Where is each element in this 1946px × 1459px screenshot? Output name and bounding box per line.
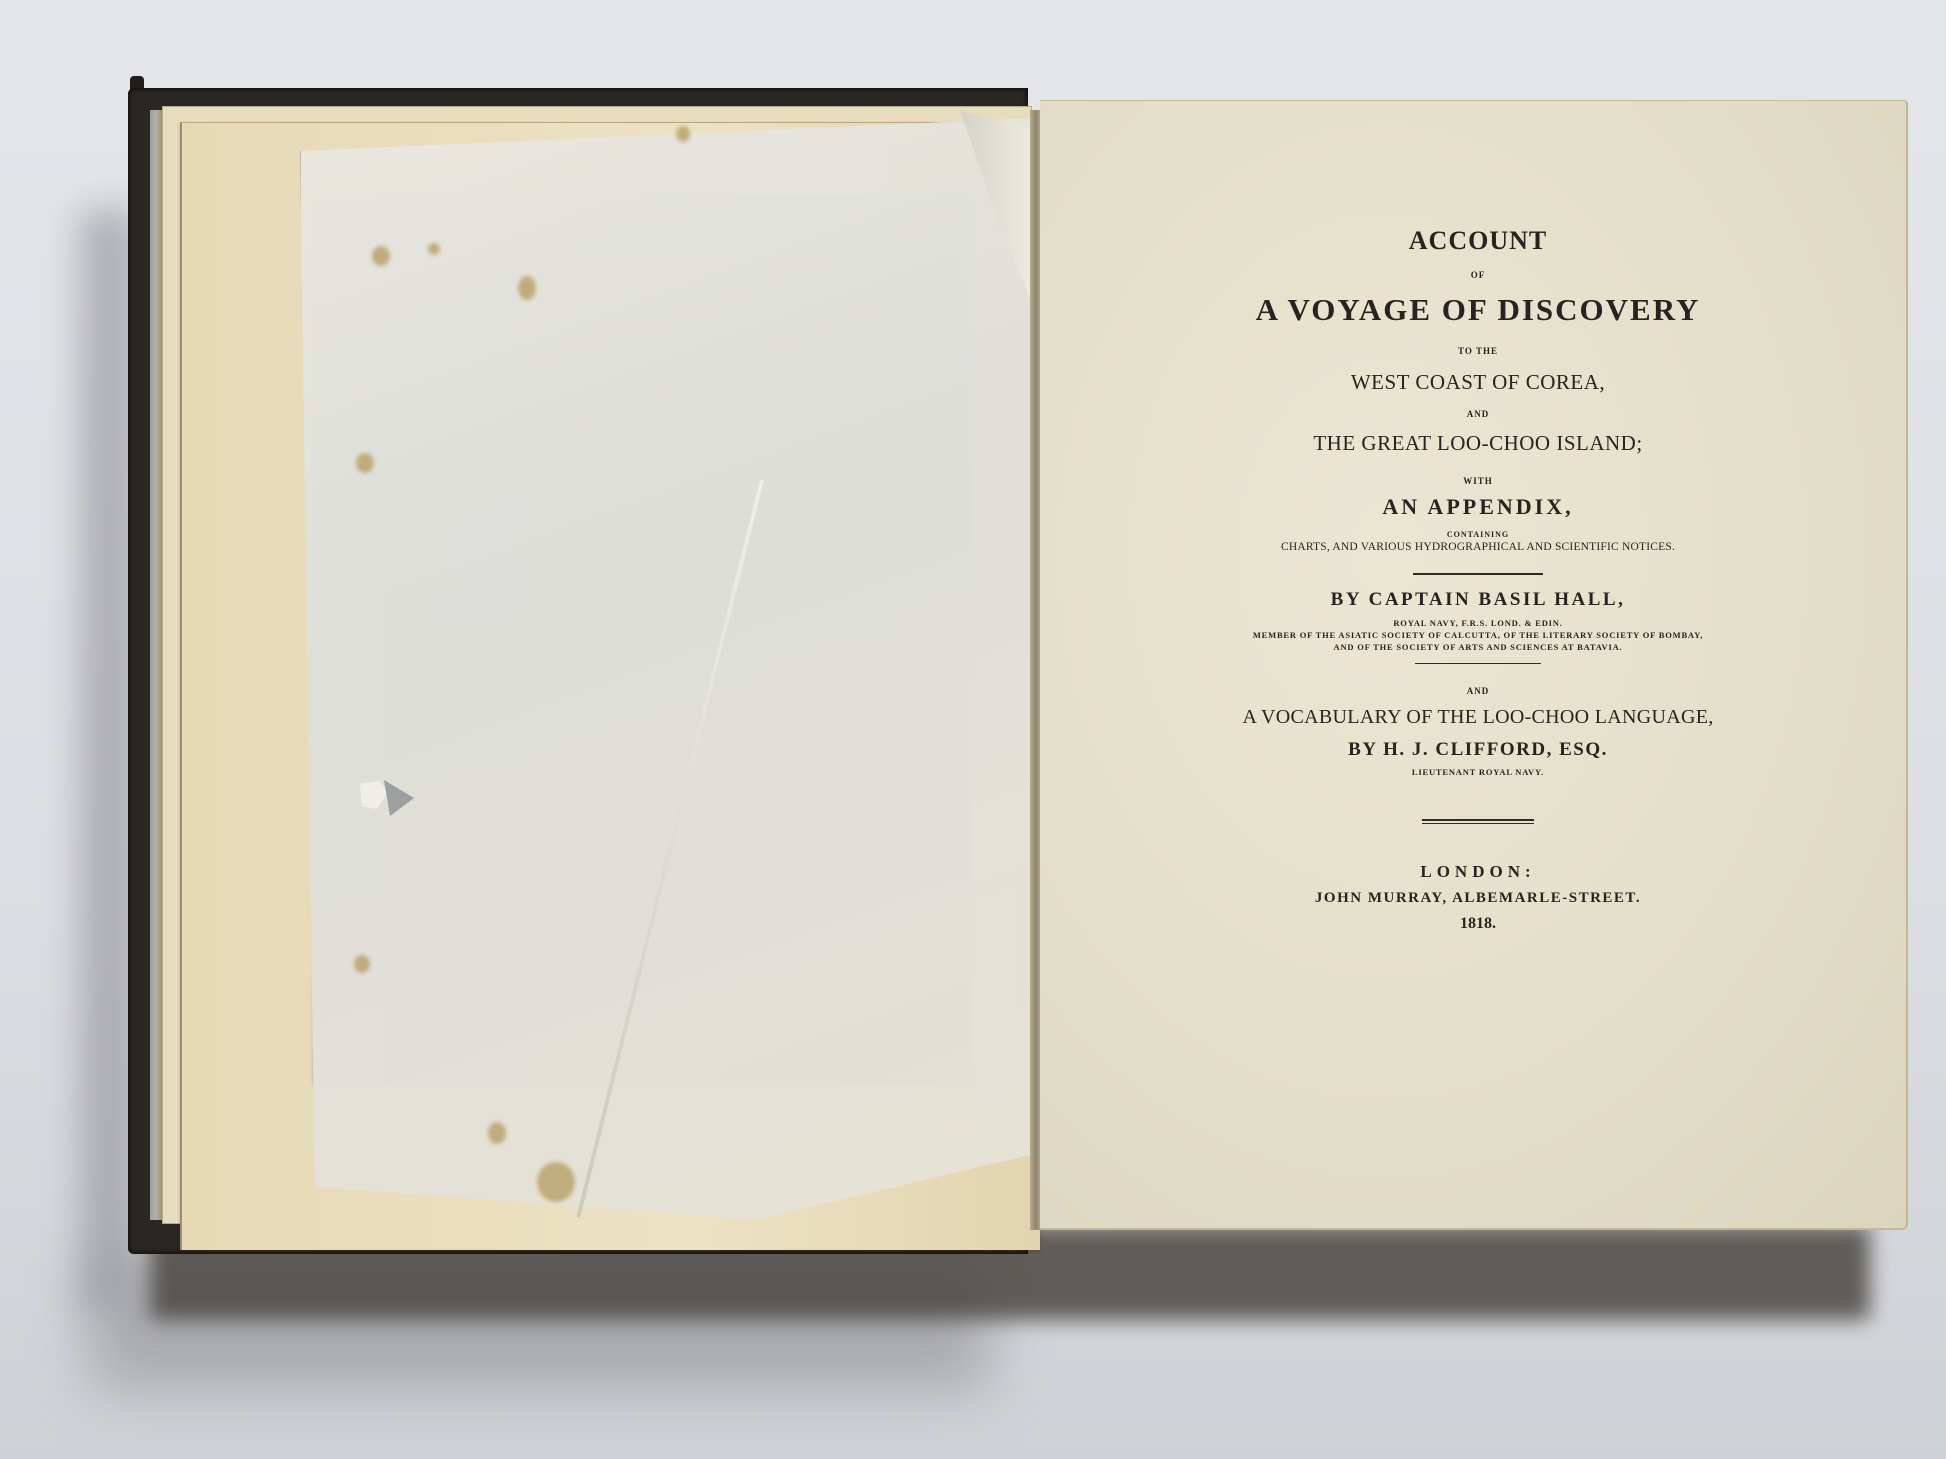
foxing-spot: [488, 1122, 506, 1144]
title-appendix: AN APPENDIX,: [1088, 494, 1868, 520]
tissue-guard[interactable]: [300, 118, 1035, 1220]
title-main: A VOYAGE OF DISCOVERY: [1088, 292, 1868, 328]
foxing-spot: [354, 955, 370, 973]
marbled-endpaper-edge: [150, 110, 162, 1220]
imprint-year: 1818.: [1088, 915, 1868, 933]
title-and: AND: [1088, 686, 1868, 696]
author-qualification: AND OF THE SOCIETY OF ARTS AND SCIENCES …: [1088, 641, 1868, 653]
title-of: OF: [1088, 270, 1868, 280]
foxing-spot: [676, 126, 690, 142]
foxing-spot: [356, 453, 374, 473]
vocabulary-line: A VOCABULARY OF THE LOO-CHOO LANGUAGE,: [1088, 706, 1868, 729]
title-account: ACCOUNT: [1088, 226, 1868, 256]
author-qualification: ROYAL NAVY, F.R.S. LOND. & EDIN.: [1088, 617, 1868, 629]
foxing-spot: [518, 276, 536, 300]
imprint-city: LONDON:: [1088, 862, 1868, 882]
author-qualification: MEMBER OF THE ASIATIC SOCIETY OF CALCUTT…: [1088, 629, 1868, 641]
title-with: WITH: [1088, 476, 1868, 486]
co-author-line: BY H. J. CLIFFORD, ESQ.: [1088, 739, 1868, 761]
foxing-spot: [428, 243, 440, 255]
title-place-loochoo: THE GREAT LOO-CHOO ISLAND;: [1088, 431, 1868, 456]
title-containing: CONTAINING: [1088, 530, 1868, 539]
title-page-text: ACCOUNT OF A VOYAGE OF DISCOVERY TO THE …: [1088, 218, 1868, 933]
title-appendix-description: CHARTS, AND VARIOUS HYDROGRAPHICAL AND S…: [1088, 541, 1868, 553]
title-and: AND: [1088, 409, 1868, 419]
divider-rule: [1415, 663, 1541, 665]
double-rule-thick: [1422, 819, 1534, 821]
author-line: BY CAPTAIN BASIL HALL,: [1088, 589, 1868, 611]
co-author-rank: LIEUTENANT ROYAL NAVY.: [1088, 767, 1868, 777]
double-rule-thin: [1422, 823, 1534, 824]
divider-rule: [1413, 573, 1543, 575]
foxing-spot: [372, 246, 390, 266]
title-place-corea: WEST COAST OF COREA,: [1088, 370, 1868, 395]
foxing-spot: [537, 1162, 575, 1202]
imprint-publisher: JOHN MURRAY, ALBEMARLE-STREET.: [1088, 890, 1868, 907]
title-to-the: TO THE: [1088, 346, 1868, 356]
